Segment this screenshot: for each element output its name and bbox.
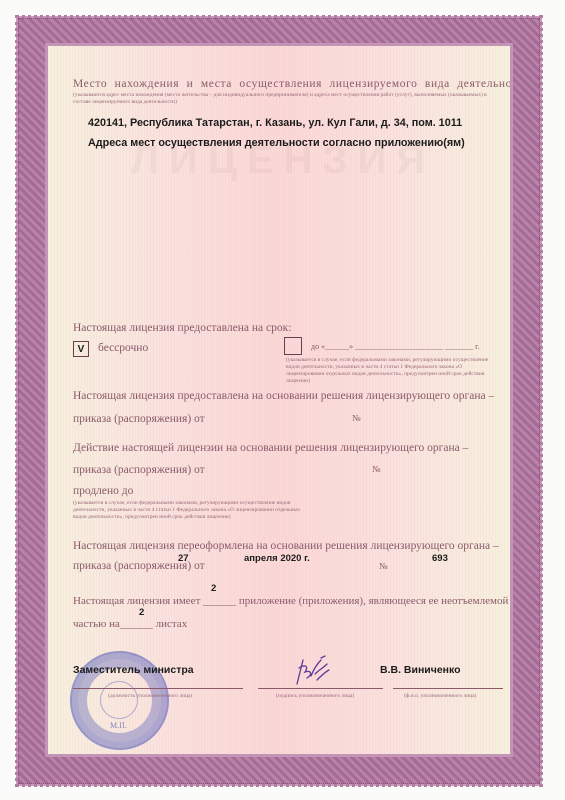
- reissue-number-label: №: [379, 561, 388, 571]
- term-label: Настоящая лицензия предоставлена на срок…: [73, 322, 291, 334]
- appendix-label: Настоящая лицензия имеет ______ приложен…: [73, 595, 508, 607]
- check-mark: V: [78, 344, 85, 355]
- basis-number-label: №: [352, 413, 361, 423]
- reissue-label: Настоящая лицензия переоформлена на осно…: [73, 540, 499, 552]
- location-label: Место нахождения и места осуществления л…: [73, 78, 510, 90]
- until-label: до «______» ______________________ _____…: [311, 342, 479, 351]
- signature-line: [258, 688, 383, 689]
- signature-caption: (подпись уполномоченного лица): [276, 693, 354, 700]
- extension-label: Действие настоящей лицензии на основании…: [73, 442, 468, 454]
- handwritten-signature: [293, 654, 333, 688]
- basis-label: Настоящая лицензия предоставлена на осно…: [73, 390, 494, 402]
- basis-order-label: приказа (распоряжения) от: [73, 413, 205, 425]
- signatory-position: Заместитель министра: [73, 664, 194, 676]
- license-sheet: ЛИЦЕНЗИЯ М.П. Место нахождения и места о…: [48, 46, 510, 754]
- location-note: (указываются адрес места нахождения (мес…: [73, 92, 498, 106]
- signatory-name: В.В. Виниченко: [380, 664, 461, 676]
- extension-order-label: приказа (распоряжения) от: [73, 464, 205, 476]
- inner-border: ЛИЦЕНЗИЯ М.П. Место нахождения и места о…: [45, 43, 513, 757]
- indefinite-checkbox[interactable]: V: [73, 341, 89, 357]
- decorative-border: ЛИЦЕНЗИЯ М.П. Место нахождения и места о…: [18, 18, 540, 784]
- address-line: 420141, Республика Татарстан, г. Казань,…: [88, 117, 462, 129]
- reissue-month-year: апреля 2020 г.: [244, 553, 310, 564]
- appendix-sheets: 2: [139, 607, 144, 618]
- until-checkbox[interactable]: [284, 337, 302, 355]
- address-extra: Адреса мест осуществления деятельности с…: [88, 137, 465, 149]
- extended-until-label: продлено до: [73, 485, 133, 497]
- position-caption: (должность уполномоченного лица): [108, 693, 192, 700]
- name-caption: (ф.и.о. уполномоченного лица): [404, 693, 476, 700]
- extension-number-label: №: [372, 464, 381, 474]
- name-line: [393, 688, 503, 689]
- position-line: [73, 688, 243, 689]
- extension-note: (указывается в случае, если федеральными…: [73, 500, 305, 521]
- reissue-number: 693: [432, 553, 448, 564]
- reissue-day: 27: [178, 553, 189, 564]
- indefinite-label: бессрочно: [98, 342, 148, 354]
- appendix-sheets-label: частью на______ листах: [73, 618, 187, 630]
- appendix-count: 2: [211, 583, 216, 594]
- until-note: (указывается в случае, если федеральными…: [286, 357, 498, 385]
